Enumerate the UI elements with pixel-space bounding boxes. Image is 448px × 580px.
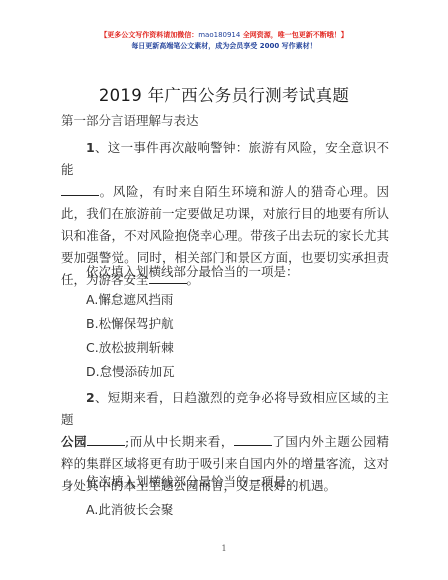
question-2-part-3: ;而从中长期来看， bbox=[125, 434, 234, 449]
option-letter: C. bbox=[86, 340, 99, 355]
question-2-number: 2 bbox=[86, 390, 95, 405]
question-2-prompt: 依次填入划横线部分最恰当的一项是： bbox=[86, 472, 299, 490]
option-text: 懈怠遮风挡雨 bbox=[98, 292, 173, 307]
option-letter: A. bbox=[86, 502, 98, 517]
answer-blank bbox=[234, 433, 272, 446]
question-2-option-a[interactable]: A.此消彼长会聚 bbox=[86, 500, 173, 518]
question-1-option-a[interactable]: A.懈怠遮风挡雨 bbox=[86, 290, 173, 308]
option-letter: B. bbox=[86, 316, 99, 331]
section-heading: 第一部分言语理解与表达 bbox=[61, 111, 199, 129]
question-2-part-2: 公园 bbox=[61, 434, 87, 449]
option-text: 松懈保驾护航 bbox=[99, 316, 174, 331]
page-number: 1 bbox=[0, 544, 448, 553]
promo-wechat-id: mao180914 bbox=[198, 31, 240, 39]
answer-blank bbox=[87, 433, 125, 446]
option-text: 此消彼长会聚 bbox=[98, 502, 173, 517]
promo-banner-line-2: 每日更新高端笔公文素材，成为会员享受 2000 写作素材！ bbox=[0, 41, 448, 51]
question-2-part-1: 、短期来看，日趋激烈的竞争必将导致相应区域的主题 bbox=[61, 390, 389, 427]
question-1-part-1: 、这一事件再次敲响警钟：旅游有风险，安全意识不能 bbox=[61, 140, 389, 177]
question-1-option-c[interactable]: C.放松披荆斩棘 bbox=[86, 338, 174, 356]
document-title: 2019 年广西公务员行测考试真题 bbox=[0, 82, 448, 106]
question-1-prompt: 依次填入划横线部分最恰当的一项是： bbox=[86, 262, 299, 280]
option-letter: D. bbox=[86, 364, 100, 379]
promo-banner-line-1: 【更多公文写作资料请加微信：mao180914 全网资源，唯一包更新不断哦！】 bbox=[0, 30, 448, 40]
option-text: 放松披荆斩棘 bbox=[99, 340, 174, 355]
option-text: 怠慢添砖加瓦 bbox=[100, 364, 175, 379]
promo-banner-right-text: 全网资源，唯一包更新不断哦！】 bbox=[240, 31, 347, 39]
answer-blank bbox=[61, 183, 99, 196]
question-1-option-b[interactable]: B.松懈保驾护航 bbox=[86, 314, 174, 332]
promo-banner-left-text: 【更多公文写作资料请加微信： bbox=[100, 31, 198, 39]
question-1-number: 1 bbox=[86, 140, 95, 155]
document-page: 【更多公文写作资料请加微信：mao180914 全网资源，唯一包更新不断哦！】 … bbox=[0, 0, 448, 580]
option-letter: A. bbox=[86, 292, 98, 307]
question-1-option-d[interactable]: D.怠慢添砖加瓦 bbox=[86, 362, 175, 380]
